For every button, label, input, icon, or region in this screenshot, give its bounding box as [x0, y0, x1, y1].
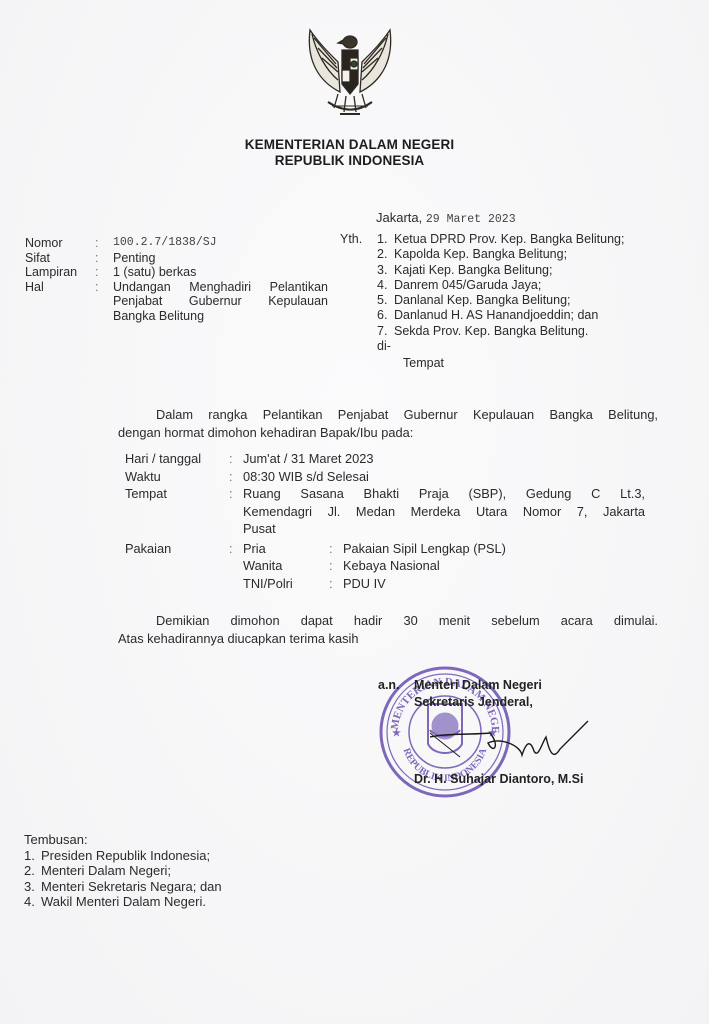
attire-what: Pakaian Sipil Lengkap (PSL) — [343, 540, 506, 558]
recipient-item: 6.Danlanud H. AS Hanandjoeddin; dan — [377, 308, 624, 323]
attire-colon: : — [329, 557, 343, 575]
detail-colon: : — [229, 485, 243, 538]
item-number: 1. — [377, 232, 394, 247]
item-text: Wakil Menteri Dalam Negeri. — [41, 894, 206, 910]
cc-item: 3.Menteri Sekretaris Negara; dan — [24, 879, 222, 895]
item-text: Danrem 045/Garuda Jaya; — [394, 278, 541, 293]
svg-text:★: ★ — [392, 728, 401, 739]
recipients-list: 1.Ketua DPRD Prov. Kep. Bangka Belitung;… — [340, 232, 624, 339]
item-text: Sekda Prov. Kep. Bangka Belitung. — [394, 324, 588, 339]
detail-venue: Tempat : Ruang Sasana Bhakti Praja (SBP)… — [125, 485, 645, 538]
letterhead-country: REPUBLIK INDONESIA — [0, 153, 704, 168]
cc-list: 1.Presiden Republik Indonesia; 2.Menteri… — [24, 848, 222, 910]
recipients-label: Yth. — [340, 232, 362, 247]
cc-item: 1.Presiden Republik Indonesia; — [24, 848, 222, 864]
item-number: 4. — [377, 278, 394, 293]
meta-colon: : — [95, 251, 113, 266]
item-number: 6. — [377, 308, 394, 323]
detail-value: Jum'at / 31 Maret 2023 — [243, 450, 645, 468]
paragraph-line: Atas kehadirannya diucapkan terima kasih — [118, 630, 658, 648]
recipient-item: 5.Danlanal Kep. Bangka Belitung; — [377, 293, 624, 308]
recipient-item: 3.Kajati Kep. Bangka Belitung; — [377, 263, 624, 278]
item-text: Kajati Kep. Bangka Belitung; — [394, 263, 552, 278]
detail-attire: Pakaian : Pria:Pakaian Sipil Lengkap (PS… — [125, 540, 645, 593]
place-date: Jakarta, 29 Maret 2023 — [376, 210, 516, 226]
venue-line: Kemendagri Jl. Medan Merdeka Utara Nomor… — [243, 503, 645, 521]
event-details: Hari / tanggal : Jum'at / 31 Maret 2023 … — [125, 450, 645, 592]
recipient-item: 1.Ketua DPRD Prov. Kep. Bangka Belitung; — [377, 232, 624, 247]
item-text: Danlanal Kep. Bangka Belitung; — [394, 293, 571, 308]
venue-line: Ruang Sasana Bhakti Praja (SBP), Gedung … — [243, 485, 645, 503]
cc-item: 2.Menteri Dalam Negeri; — [24, 863, 222, 879]
item-number: 7. — [377, 324, 394, 339]
meta-sifat: Sifat : Penting — [25, 251, 328, 266]
attire-what: PDU IV — [343, 575, 386, 593]
item-number: 3. — [24, 879, 41, 895]
attire-what: Kebaya Nasional — [343, 557, 440, 575]
item-number: 1. — [24, 848, 41, 864]
letter-page: KEMENTERIAN DALAM NEGERI REPUBLIK INDONE… — [0, 0, 709, 1024]
paragraph-line: dengan hormat dimohon kehadiran Bapak/Ib… — [118, 424, 658, 442]
signatory-name: Dr. H. Suhajar Diantoro, M.Si — [414, 772, 583, 786]
signatory-office: Menteri Dalam Negeri — [414, 677, 542, 694]
detail-date: Hari / tanggal : Jum'at / 31 Maret 2023 — [125, 450, 645, 468]
paragraph-line: Demikian dimohon dapat hadir 30 menit se… — [118, 612, 658, 630]
item-text: Kapolda Kep. Bangka Belitung; — [394, 247, 567, 262]
signatory-position: Sekretaris Jenderal, — [414, 694, 533, 711]
letterhead-ministry: KEMENTERIAN DALAM NEGERI — [0, 137, 704, 152]
detail-colon: : — [229, 468, 243, 486]
item-text: Menteri Dalam Negeri; — [41, 863, 171, 879]
detail-label: Tempat — [125, 485, 229, 538]
meta-colon: : — [95, 265, 113, 280]
meta-nomor: Nomor : 100.2.7/1838/SJ — [25, 236, 328, 251]
garuda-emblem-icon — [298, 22, 402, 126]
item-text: Ketua DPRD Prov. Kep. Bangka Belitung; — [394, 232, 624, 247]
letter-meta: Nomor : 100.2.7/1838/SJ Sifat : Penting … — [25, 236, 328, 323]
meta-lampiran: Lampiran : 1 (satu) berkas — [25, 265, 328, 280]
detail-label: Pakaian — [125, 540, 229, 593]
subject-line: Bangka Belitung — [113, 309, 328, 324]
item-number: 5. — [377, 293, 394, 308]
item-text: Presiden Republik Indonesia; — [41, 848, 210, 864]
attire-list: Pria:Pakaian Sipil Lengkap (PSL) Wanita:… — [243, 540, 645, 593]
item-number: 2. — [24, 863, 41, 879]
letter-date: 29 Maret 2023 — [426, 213, 516, 226]
subject-line: Undangan Menghadiri Pelantikan — [113, 280, 328, 295]
attire-colon: : — [329, 575, 343, 593]
item-text: Menteri Sekretaris Negara; dan — [41, 879, 222, 895]
opening-paragraph: Dalam rangka Pelantikan Penjabat Gubernu… — [118, 406, 658, 442]
meta-value: 1 (satu) berkas — [113, 265, 328, 280]
item-number: 4. — [24, 894, 41, 910]
attire-who: TNI/Polri — [243, 575, 329, 593]
on-behalf-of: a.n. — [378, 677, 400, 694]
detail-value: Ruang Sasana Bhakti Praja (SBP), Gedung … — [243, 485, 645, 538]
recipients-di: di- — [340, 339, 624, 354]
attire-item: TNI/Polri:PDU IV — [243, 575, 645, 593]
recipients-tempat: Tempat — [340, 356, 624, 371]
detail-label: Waktu — [125, 468, 229, 486]
detail-label: Hari / tanggal — [125, 450, 229, 468]
attire-who: Pria — [243, 540, 329, 558]
attire-item: Wanita:Kebaya Nasional — [243, 557, 645, 575]
cc-label: Tembusan: — [24, 832, 222, 848]
meta-label: Nomor — [25, 236, 95, 251]
detail-colon: : — [229, 450, 243, 468]
closing-paragraph: Demikian dimohon dapat hadir 30 menit se… — [118, 612, 658, 648]
meta-subject: Undangan Menghadiri Pelantikan Penjabat … — [113, 280, 328, 324]
recipient-item: 2.Kapolda Kep. Bangka Belitung; — [377, 247, 624, 262]
item-number: 2. — [377, 247, 394, 262]
paragraph-line: Dalam rangka Pelantikan Penjabat Gubernu… — [118, 406, 658, 424]
meta-value: Penting — [113, 251, 328, 266]
subject-line: Penjabat Gubernur Kepulauan — [113, 294, 328, 309]
detail-value: 08:30 WIB s/d Selesai — [243, 468, 645, 486]
meta-hal: Hal : Undangan Menghadiri Pelantikan Pen… — [25, 280, 328, 324]
meta-label: Sifat — [25, 251, 95, 266]
item-text: Danlanud H. AS Hanandjoeddin; dan — [394, 308, 598, 323]
handwritten-signature-icon — [430, 715, 590, 765]
recipient-item: 7.Sekda Prov. Kep. Bangka Belitung. — [377, 324, 624, 339]
carbon-copy: Tembusan: 1.Presiden Republik Indonesia;… — [24, 832, 222, 910]
detail-colon: : — [229, 540, 243, 593]
meta-label: Lampiran — [25, 265, 95, 280]
meta-label: Hal — [25, 280, 95, 324]
detail-time: Waktu : 08:30 WIB s/d Selesai — [125, 468, 645, 486]
meta-colon: : — [95, 236, 113, 251]
meta-colon: : — [95, 280, 113, 324]
recipients: Yth. 1.Ketua DPRD Prov. Kep. Bangka Beli… — [340, 232, 624, 372]
cc-item: 4.Wakil Menteri Dalam Negeri. — [24, 894, 222, 910]
recipient-item: 4.Danrem 045/Garuda Jaya; — [377, 278, 624, 293]
attire-colon: : — [329, 540, 343, 558]
venue-line: Pusat — [243, 520, 645, 538]
attire-item: Pria:Pakaian Sipil Lengkap (PSL) — [243, 540, 645, 558]
place: Jakarta, — [376, 210, 422, 225]
item-number: 3. — [377, 263, 394, 278]
letter-number: 100.2.7/1838/SJ — [113, 236, 328, 251]
attire-who: Wanita — [243, 557, 329, 575]
